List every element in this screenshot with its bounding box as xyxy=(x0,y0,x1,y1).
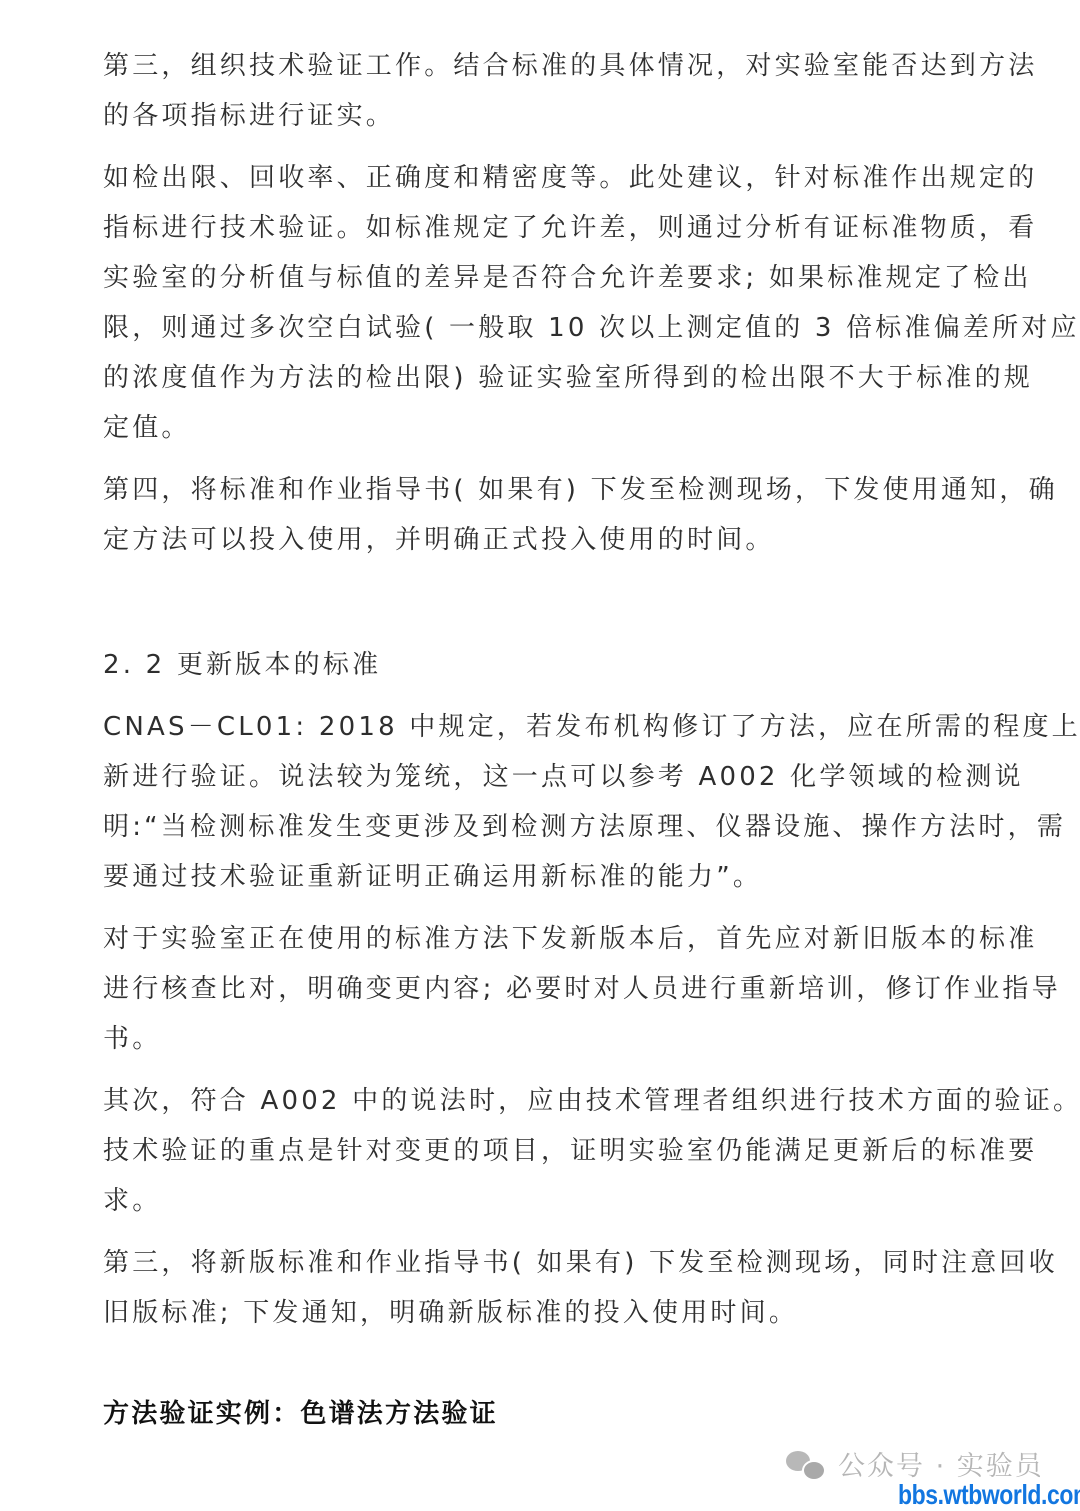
paragraph-line: 的各项指标进行证实。 xyxy=(103,98,395,134)
paragraph-line: 书。 xyxy=(103,1021,161,1057)
paragraph-line: 新进行验证。说法较为笼统，这一点可以参考 A002 化学领域的检测说 xyxy=(103,759,1024,795)
paragraph-line: 明:“当检测标准发生变更涉及到检测方法原理、仪器设施、操作方法时，需 xyxy=(103,809,1066,845)
paragraph-line: 实验室的分析值与标值的差异是否符合允许差要求; 如果标准规定了检出 xyxy=(103,260,1032,296)
paragraph-line: 定方法可以投入使用，并明确正式投入使用的时间。 xyxy=(103,522,775,558)
paragraph-line: 指标进行技术验证。如标准规定了允许差，则通过分析有证标准物质，看 xyxy=(103,210,1037,246)
site-link[interactable]: bbs.wtbworld.com xyxy=(898,1479,1080,1511)
paragraph-line: 求。 xyxy=(103,1183,161,1219)
example-heading: 方法验证实例：色谱法方法验证 xyxy=(103,1396,498,1432)
wechat-icon xyxy=(786,1449,826,1479)
paragraph-line: 技术验证的重点是针对变更的项目，证明实验室仍能满足更新后的标准要 xyxy=(103,1133,1037,1169)
paragraph-line: 旧版标准; 下发通知，明确新版标准的投入使用时间。 xyxy=(103,1295,798,1331)
paragraph-line: 定值。 xyxy=(103,410,191,446)
paragraph-line: 对于实验室正在使用的标准方法下发新版本后，首先应对新旧版本的标准 xyxy=(103,921,1037,957)
paragraph-line: 第三，将新版标准和作业指导书( 如果有) 下发至检测现场，同时注意回收 xyxy=(103,1245,1058,1281)
paragraph-line: 第三，组织技术验证工作。结合标准的具体情况，对实验室能否达到方法 xyxy=(103,48,1037,84)
section-heading: 2. 2 更新版本的标准 xyxy=(103,647,381,683)
paragraph-line: 进行核查比对，明确变更内容; 必要时对人员进行重新培训，修订作业指导 xyxy=(103,971,1061,1007)
paragraph-line: 要通过技术验证重新证明正确运用新标准的能力”。 xyxy=(103,859,762,895)
paragraph-line: 限，则通过多次空白试验( 一般取 10 次以上测定值的 3 倍标准偏差所对应 xyxy=(103,310,1080,346)
paragraph-line: 第四，将标准和作业指导书( 如果有) 下发至检测现场，下发使用通知，确 xyxy=(103,472,1058,508)
paragraph-line: 的浓度值作为方法的检出限) 验证实验室所得到的检出限不大于标准的规 xyxy=(103,360,1033,396)
wechat-watermark: 公众号 · 实验员 xyxy=(786,1444,1044,1483)
paragraph-line: CNAS－CL01: 2018 中规定，若发布机构修订了方法，应在所需的程度上重 xyxy=(103,709,1080,745)
paragraph-line: 其次，符合 A002 中的说法时，应由技术管理者组织进行技术方面的验证。 xyxy=(103,1083,1080,1119)
paragraph-line: 如检出限、回收率、正确度和精密度等。此处建议，针对标准作出规定的 xyxy=(103,160,1037,196)
watermark-label: 公众号 · 实验员 xyxy=(838,1444,1044,1483)
